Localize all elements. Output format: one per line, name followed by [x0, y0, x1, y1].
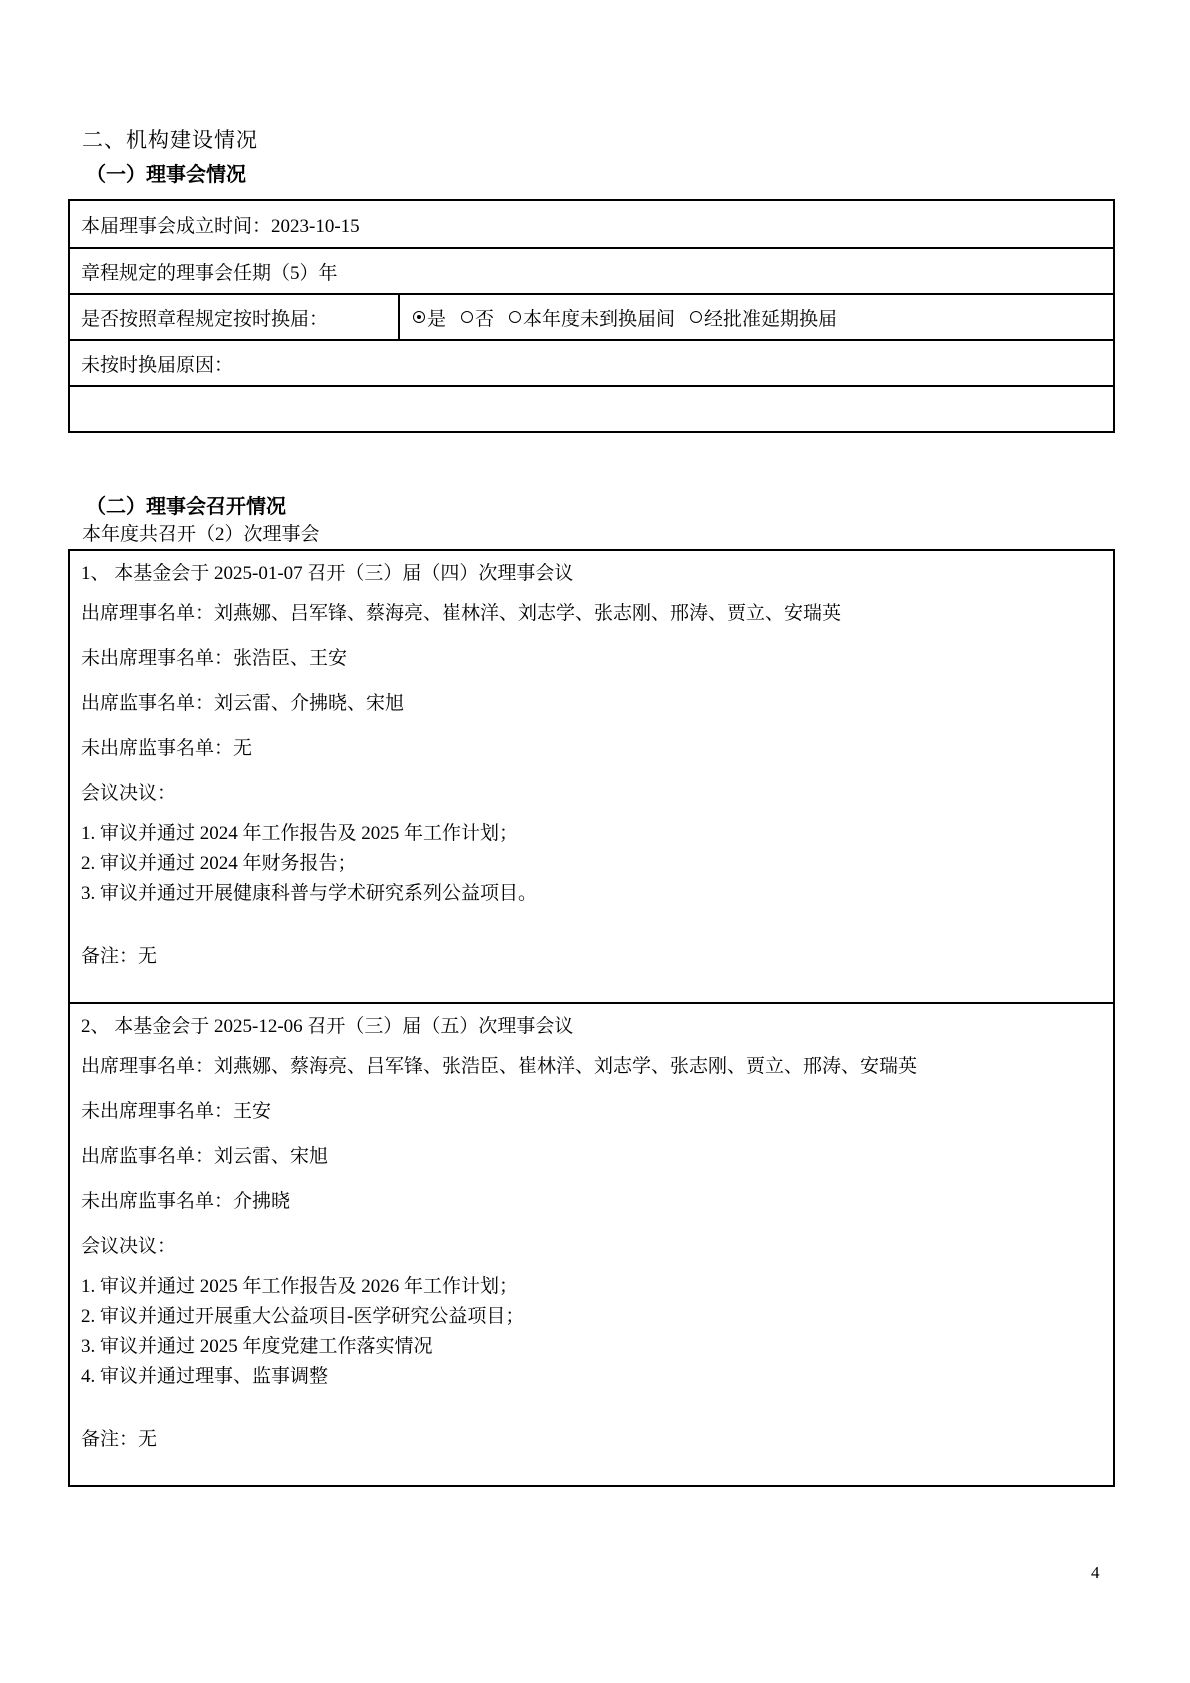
radio-label: 否: [475, 304, 494, 331]
radio-label: 本年度未到换届间: [523, 304, 675, 331]
renewal-option-not-due[interactable]: 本年度未到换届间: [509, 304, 675, 331]
absent-directors: 未出席理事名单：王安: [81, 1100, 1099, 1123]
table-row: 是否按照章程规定按时换届： 是 否 本年度未到换届间: [70, 293, 1113, 339]
table-row: 本届理事会成立时间：2023-10-15: [70, 201, 1113, 247]
resolution-item: 1. 审议并通过 2025 年工作报告及 2026 年工作计划；: [81, 1275, 1099, 1298]
renewal-question-cell: 是否按照章程规定按时换届：: [70, 295, 400, 339]
radio-icon[interactable]: [509, 311, 521, 323]
resolutions-label: 会议决议：: [81, 782, 1099, 805]
renewal-options-cell: 是 否 本年度未到换届间 经批准延期换届: [400, 295, 1113, 339]
absent-supervisors: 未出席监事名单：无: [81, 737, 1099, 760]
renewal-option-approved-delay[interactable]: 经批准延期换届: [690, 304, 837, 331]
section-title: 二、机构建设情况: [82, 124, 258, 154]
radio-label: 是: [427, 304, 446, 331]
resolution-item: 1. 审议并通过 2024 年工作报告及 2025 年工作计划；: [81, 822, 1099, 845]
meetings-table: 1、 本基金会于 2025-01-07 召开（三）届（四）次理事会议 出席理事名…: [68, 549, 1115, 1487]
renewal-radio-group: 是 否 本年度未到换届间 经批准延期换届: [413, 304, 837, 331]
page-number: 4: [1091, 1563, 1100, 1583]
board-subsection-title: （一）理事会情况: [86, 158, 246, 187]
delay-reason-cell: 未按时换届原因：: [70, 341, 233, 385]
attend-directors: 出席理事名单：刘燕娜、蔡海亮、吕军锋、张浩臣、崔林洋、刘志学、张志刚、贾立、邢涛…: [81, 1055, 1099, 1078]
meeting-remark: 备注：无: [81, 945, 1099, 968]
radio-icon[interactable]: [690, 311, 702, 323]
renewal-option-no[interactable]: 否: [461, 304, 494, 331]
delay-reason-value-cell: [70, 387, 81, 431]
absent-supervisors: 未出席监事名单：介拂晓: [81, 1190, 1099, 1213]
meetings-intro: 本年度共召开（2）次理事会: [82, 519, 320, 546]
meeting-heading: 2、 本基金会于 2025-12-06 召开（三）届（五）次理事会议: [81, 1015, 1099, 1038]
attend-directors: 出席理事名单：刘燕娜、吕军锋、蔡海亮、崔林洋、刘志学、张志刚、邢涛、贾立、安瑞英: [81, 602, 1099, 625]
board-info-table: 本届理事会成立时间：2023-10-15 章程规定的理事会任期（5）年 是否按照…: [68, 199, 1115, 433]
radio-icon[interactable]: [461, 311, 473, 323]
meeting-block-2: 2、 本基金会于 2025-12-06 召开（三）届（五）次理事会议 出席理事名…: [70, 1002, 1113, 1485]
absent-directors: 未出席理事名单：张浩臣、王安: [81, 647, 1099, 670]
table-row: 未按时换届原因：: [70, 339, 1113, 385]
board-established-cell: 本届理事会成立时间：2023-10-15: [70, 201, 360, 247]
table-row: [70, 385, 1113, 431]
table-row: 章程规定的理事会任期（5）年: [70, 247, 1113, 293]
resolution-item: 3. 审议并通过开展健康科普与学术研究系列公益项目。: [81, 882, 1099, 905]
meeting-block-1: 1、 本基金会于 2025-01-07 召开（三）届（四）次理事会议 出席理事名…: [70, 551, 1113, 1002]
resolutions-label: 会议决议：: [81, 1235, 1099, 1258]
report-page: 二、机构建设情况 （一）理事会情况 本届理事会成立时间：2023-10-15 章…: [0, 0, 1190, 1683]
resolution-item: 3. 审议并通过 2025 年度党建工作落实情况: [81, 1335, 1099, 1358]
radio-icon[interactable]: [413, 311, 425, 323]
attend-supervisors: 出席监事名单：刘云雷、介拂晓、宋旭: [81, 692, 1099, 715]
resolution-item: 2. 审议并通过开展重大公益项目-医学研究公益项目；: [81, 1305, 1099, 1328]
meeting-remark: 备注：无: [81, 1428, 1099, 1451]
renewal-option-yes[interactable]: 是: [413, 304, 446, 331]
resolution-item: 4. 审议并通过理事、监事调整: [81, 1365, 1099, 1388]
resolution-item: 2. 审议并通过 2024 年财务报告；: [81, 852, 1099, 875]
meeting-heading: 1、 本基金会于 2025-01-07 召开（三）届（四）次理事会议: [81, 562, 1099, 585]
board-term-cell: 章程规定的理事会任期（5）年: [70, 249, 338, 293]
meetings-subsection-title: （二）理事会召开情况: [86, 490, 286, 519]
radio-label: 经批准延期换届: [704, 304, 837, 331]
attend-supervisors: 出席监事名单：刘云雷、宋旭: [81, 1145, 1099, 1168]
